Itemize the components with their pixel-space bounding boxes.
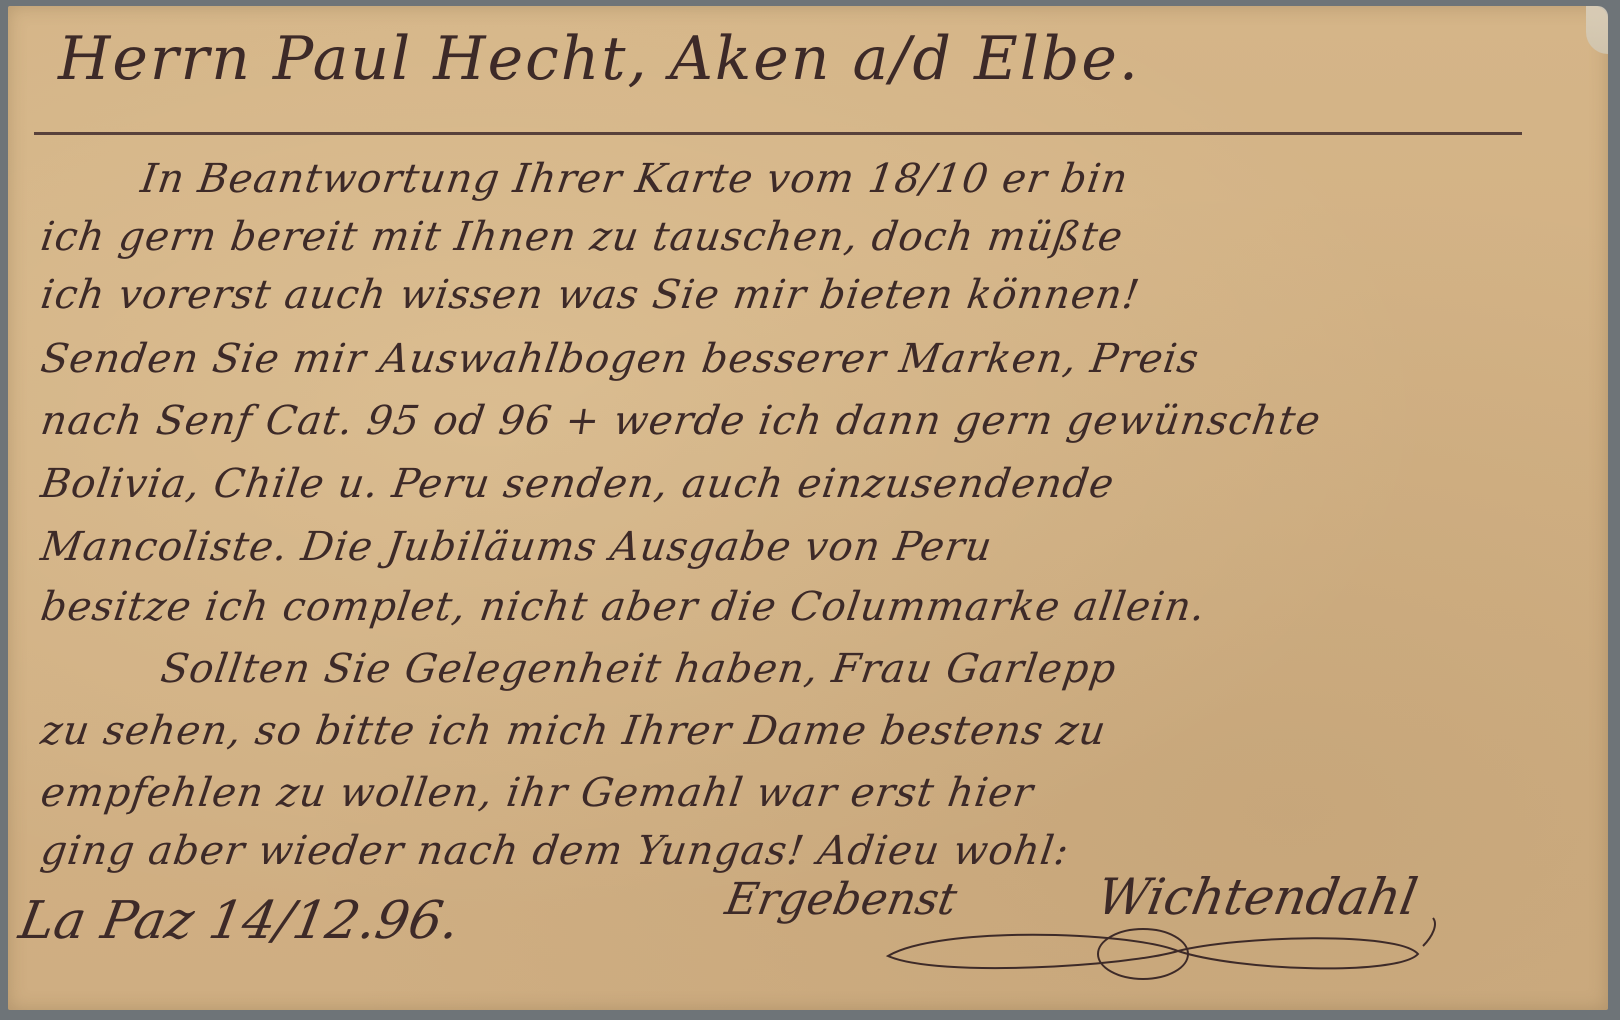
body-line-4: Senden Sie mir Auswahlbogen besserer Mar… bbox=[38, 336, 1202, 382]
signature-flourish-icon bbox=[878, 916, 1438, 986]
recipient-address: Herrn Paul Hecht, Aken a/d Elbe. bbox=[58, 24, 1140, 94]
body-line-5: nach Senf Cat. 95 od 96 + werde ich dann… bbox=[38, 398, 1324, 444]
body-line-3: ich vorerst auch wissen was Sie mir biet… bbox=[38, 272, 1143, 318]
body-line-12: ging aber wieder nach dem Yungas! Adieu … bbox=[38, 828, 1072, 874]
place-date: La Paz 14/12.96. bbox=[15, 891, 464, 951]
body-line-6: Bolivia, Chile u. Peru senden, auch einz… bbox=[38, 461, 1117, 507]
postcard: Herrn Paul Hecht, Aken a/d Elbe. In Bean… bbox=[8, 6, 1608, 1010]
body-line-8: besitze ich complet, nicht aber die Colu… bbox=[38, 584, 1209, 630]
body-line-11: empfehlen zu wollen, ihr Gemahl war erst… bbox=[38, 770, 1037, 816]
address-divider bbox=[34, 132, 1522, 135]
body-line-10: zu sehen, so bitte ich mich Ihrer Dame b… bbox=[38, 708, 1109, 754]
body-line-2: ich gern bereit mit Ihnen zu tauschen, d… bbox=[38, 214, 1126, 260]
body-line-7: Mancoliste. Die Jubiläums Ausgabe von Pe… bbox=[38, 524, 995, 570]
body-line-1: In Beantwortung Ihrer Karte vom 18/10 er… bbox=[138, 156, 1131, 202]
torn-corner bbox=[1586, 6, 1608, 54]
body-line-9: Sollten Sie Gelegenheit haben, Frau Garl… bbox=[158, 646, 1119, 692]
